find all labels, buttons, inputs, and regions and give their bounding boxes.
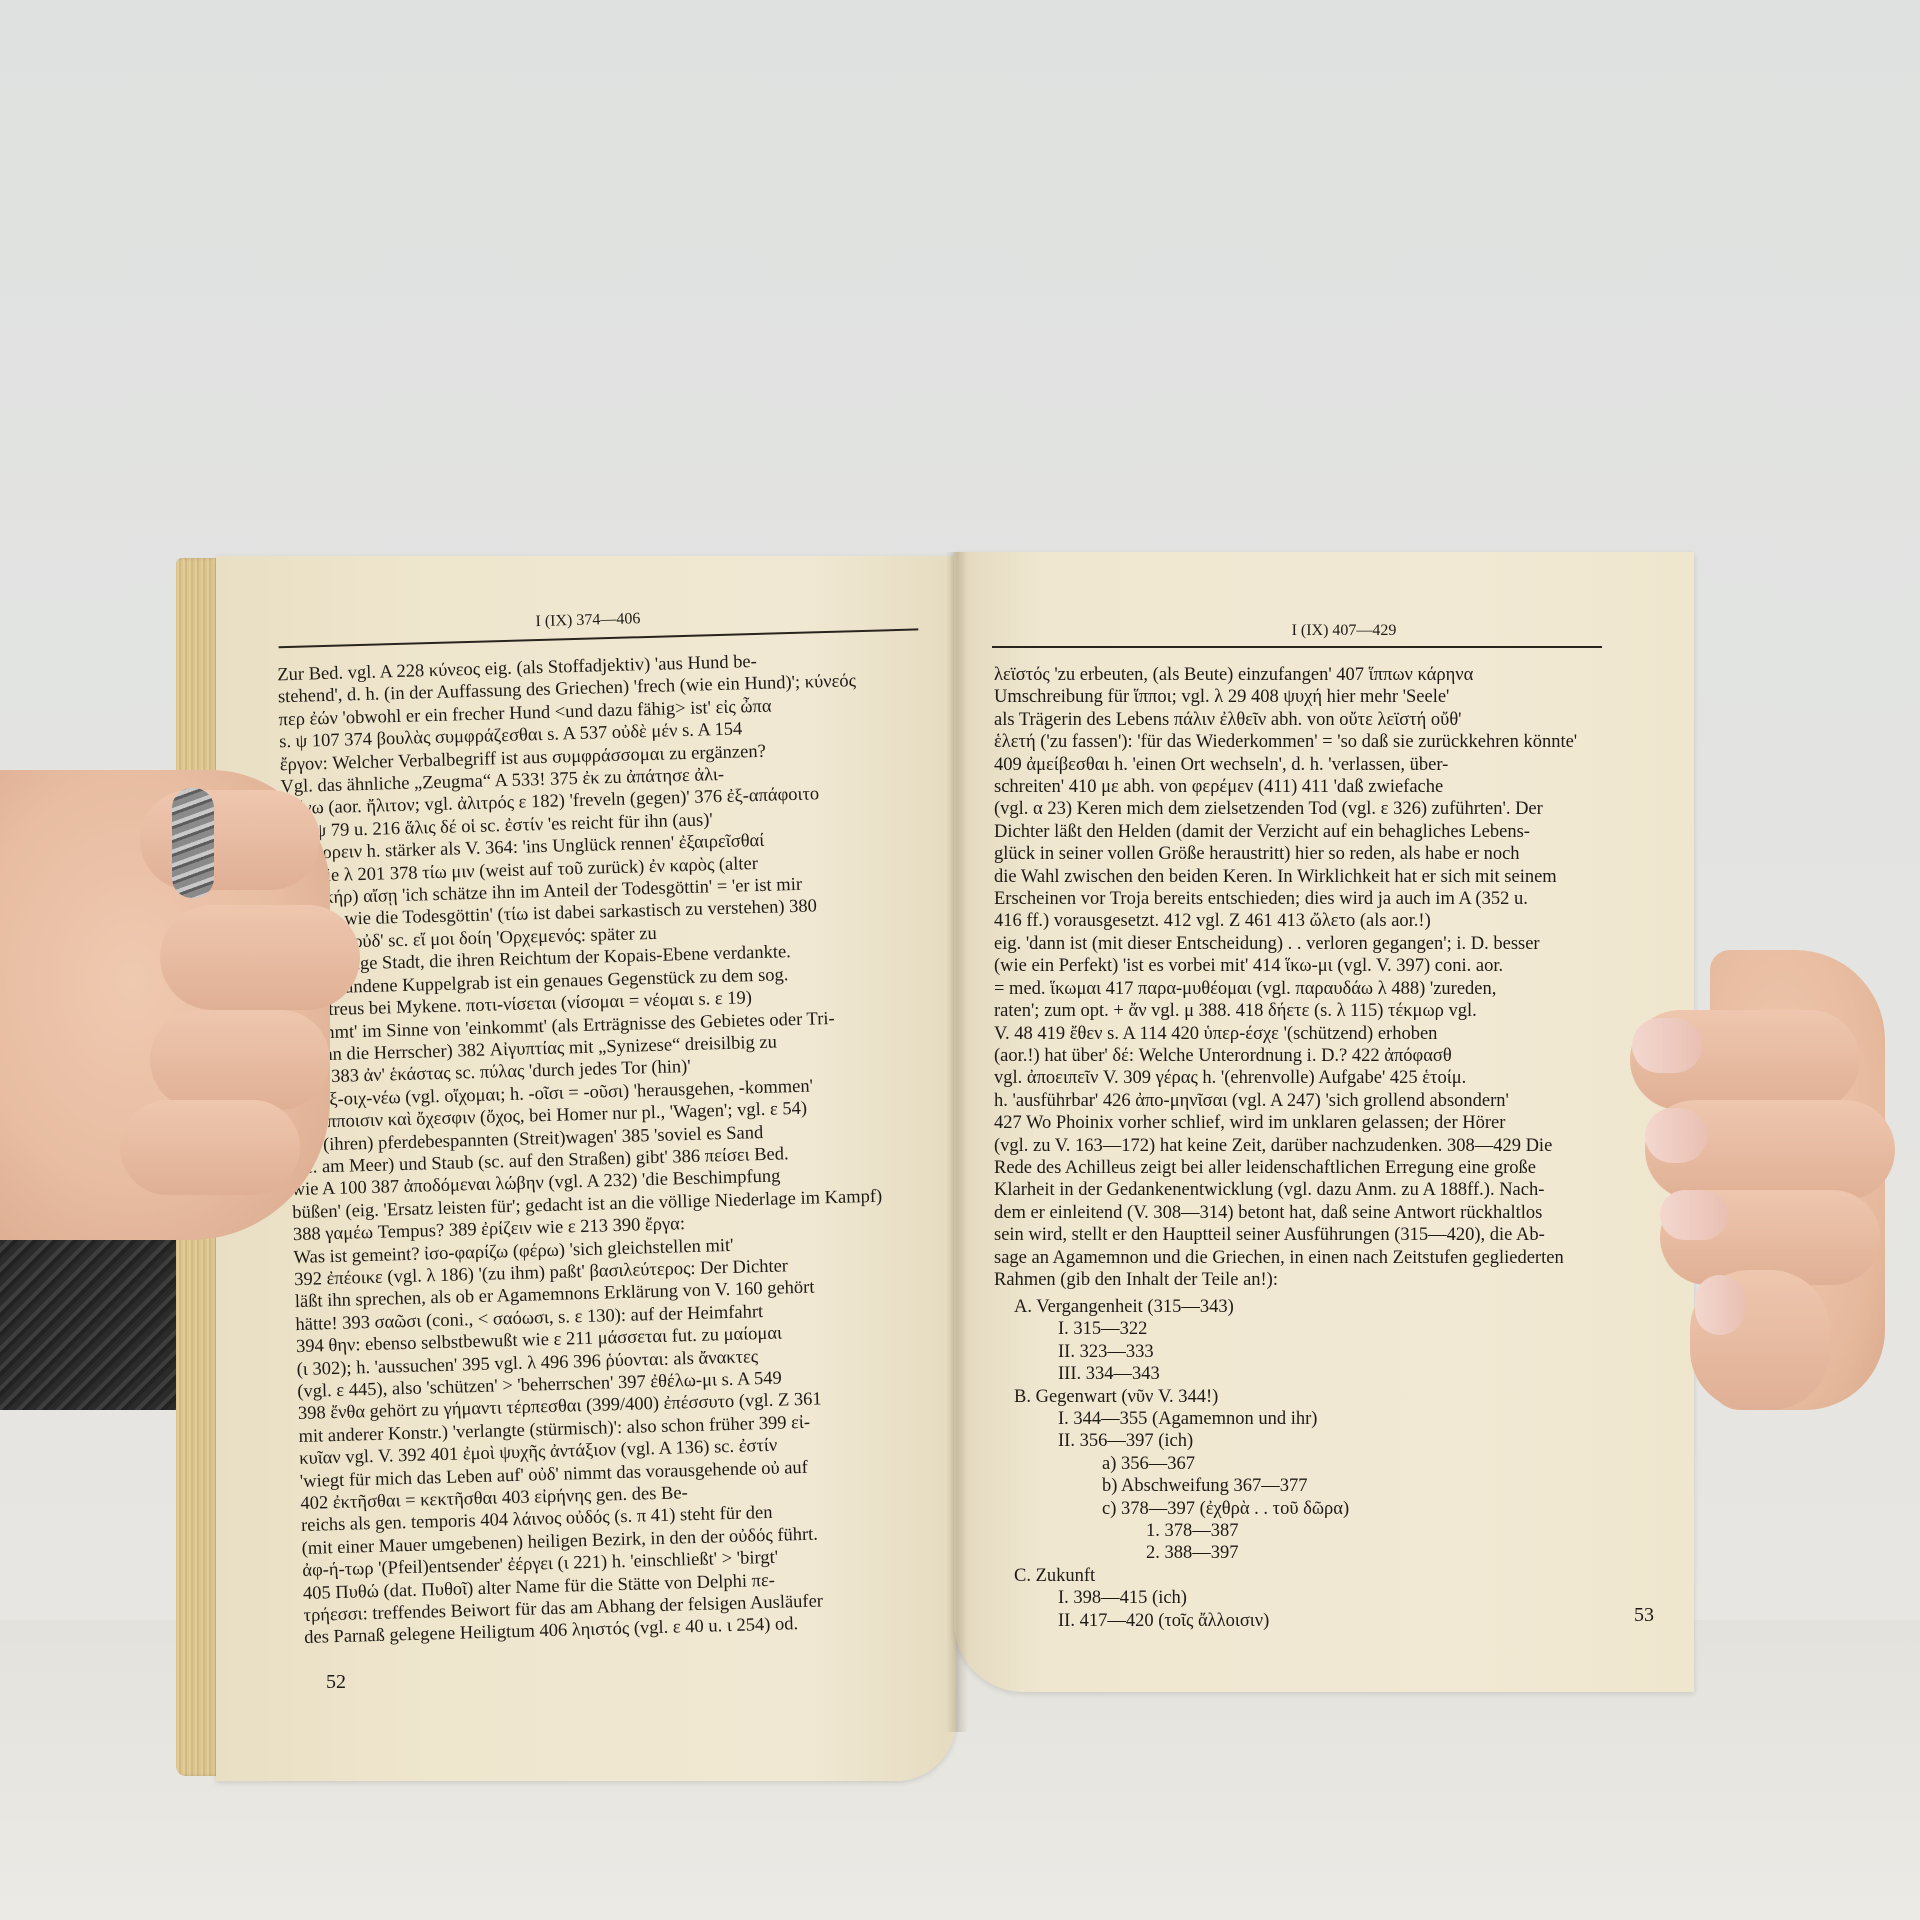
outline-item: I. 398—415 (ich) <box>994 1587 1349 1609</box>
text-line: dem er einleitend (V. 308—314) betont ha… <box>994 1202 1577 1224</box>
outline-item: a) 356—367 <box>994 1453 1349 1475</box>
text-line: glück in seiner vollen Größe heraustritt… <box>994 843 1577 865</box>
header-rule-right <box>992 646 1602 648</box>
outline-item: C. Zukunft <box>994 1565 1349 1587</box>
page-number-left: 52 <box>326 1671 346 1694</box>
text-line: sein wird, stellt er den Hauptteil seine… <box>994 1224 1577 1246</box>
text-line: λεϊστός 'zu erbeuten, (als Beute) einzuf… <box>994 664 1577 686</box>
text-line: eig. 'dann ist (mit dieser Entscheidung)… <box>994 933 1577 955</box>
left-page-body: Zur Bed. vgl. A 228 κύνεος eig. (als Sto… <box>277 648 894 1650</box>
finger <box>160 905 360 1010</box>
text-line: = med. ἵκωμαι 417 παρα-μυθέομαι (vgl. πα… <box>994 978 1577 1000</box>
outline-item: I. 344—355 (Agamemnon und ihr) <box>994 1408 1349 1430</box>
outline-item: c) 378—397 (ἐχθρὰ . . τοῦ δῶρα) <box>994 1498 1349 1520</box>
outline-item: I. 315—322 <box>994 1318 1349 1340</box>
page-number-right: 53 <box>1634 1604 1654 1627</box>
fingernail <box>1660 1190 1728 1240</box>
finger <box>150 1010 330 1110</box>
text-line: die Wahl zwischen den beiden Keren. In W… <box>994 866 1577 888</box>
right-page-body: λεϊστός 'zu erbeuten, (als Beute) einzuf… <box>994 664 1577 1291</box>
text-line: Dichter läßt den Helden (damit der Verzi… <box>994 821 1577 843</box>
text-line: h. 'ausführbar' 426 ἀπο-μηνῖσαι (vgl. A … <box>994 1090 1577 1112</box>
open-book: I (IX) 374—406 Zur Bed. vgl. A 228 κύνεο… <box>176 556 1716 1781</box>
text-line: Umschreibung für ἵπποι; vgl. λ 29 408 ψυ… <box>994 686 1577 708</box>
text-line: (vgl. zu V. 163—172) hat keine Zeit, dar… <box>994 1135 1577 1157</box>
text-line: als Trägerin des Lebens πάλιν ἐλθεῖν abh… <box>994 709 1577 731</box>
text-line: 427 Wo Phoinix vorher schlief, wird im u… <box>994 1112 1577 1134</box>
fingernail <box>1695 1275 1745 1335</box>
text-line: vgl. ἀποειπεῖν V. 309 γέρας h. '(ehrenvo… <box>994 1067 1577 1089</box>
outline-list: A. Vergangenheit (315—343)I. 315—322II. … <box>994 1296 1349 1632</box>
left-page: I (IX) 374—406 Zur Bed. vgl. A 228 κύνεο… <box>216 556 956 1781</box>
outline-item: III. 334—343 <box>994 1363 1349 1385</box>
running-header-left: I (IX) 374—406 <box>218 601 958 640</box>
text-line: Rahmen (gib den Inhalt der Teile an!): <box>994 1269 1577 1291</box>
finger <box>120 1100 300 1195</box>
fingernail <box>1632 1018 1702 1073</box>
text-line: 409 ἀμείβεσθαι h. 'einen Ort wechseln', … <box>994 754 1577 776</box>
outline-item: 1. 378—387 <box>994 1520 1349 1542</box>
text-line: ἑλετή ('zu fassen'): 'für das Wiederkomm… <box>994 731 1577 753</box>
running-header-right: I (IX) 407—429 <box>994 622 1694 640</box>
outline-item: II. 356—397 (ich) <box>994 1430 1349 1452</box>
text-line: V. 48 419 ἔθεν s. A 114 420 ὑπερ-έσχε '(… <box>994 1023 1577 1045</box>
text-line: (vgl. α 23) Keren mich dem zielsetzenden… <box>994 798 1577 820</box>
text-line: Klarheit in der Gedankenentwicklung (vgl… <box>994 1179 1577 1201</box>
text-line: (aor.!) hat über' δέ: Welche Unterordnun… <box>994 1045 1577 1067</box>
text-line: raten'; zum opt. + ἄν vgl. μ 388. 418 δή… <box>994 1000 1577 1022</box>
finger <box>140 790 320 890</box>
text-line: 416 ff.) vorausgesetzt. 412 vgl. Z 461 4… <box>994 910 1577 932</box>
outline-item: A. Vergangenheit (315—343) <box>994 1296 1349 1318</box>
ring <box>172 788 214 898</box>
outline-item: II. 323—333 <box>994 1341 1349 1363</box>
outline-item: 2. 388—397 <box>994 1542 1349 1564</box>
text-line: (wie ein Perfekt) 'ist es vorbei mit' 41… <box>994 955 1577 977</box>
outline-item: B. Gegenwart (νῦν V. 344!) <box>994 1386 1349 1408</box>
right-page: I (IX) 407—429 λεϊστός 'zu erbeuten, (al… <box>954 552 1694 1692</box>
outline-item: b) Abschweifung 367—377 <box>994 1475 1349 1497</box>
text-line: schreiten' 410 με abh. von φερέμεν (411)… <box>994 776 1577 798</box>
text-line: Erscheinen vor Troja bereits entschieden… <box>994 888 1577 910</box>
book-gutter <box>946 552 968 1732</box>
text-line: Rede des Achilleus zeigt bei aller leide… <box>994 1157 1577 1179</box>
fingernail <box>1645 1108 1707 1163</box>
text-line: sage an Agamemnon und die Griechen, in e… <box>994 1247 1577 1269</box>
outline-item: II. 417—420 (τοῖς ἄλλοισιν) <box>994 1610 1349 1632</box>
